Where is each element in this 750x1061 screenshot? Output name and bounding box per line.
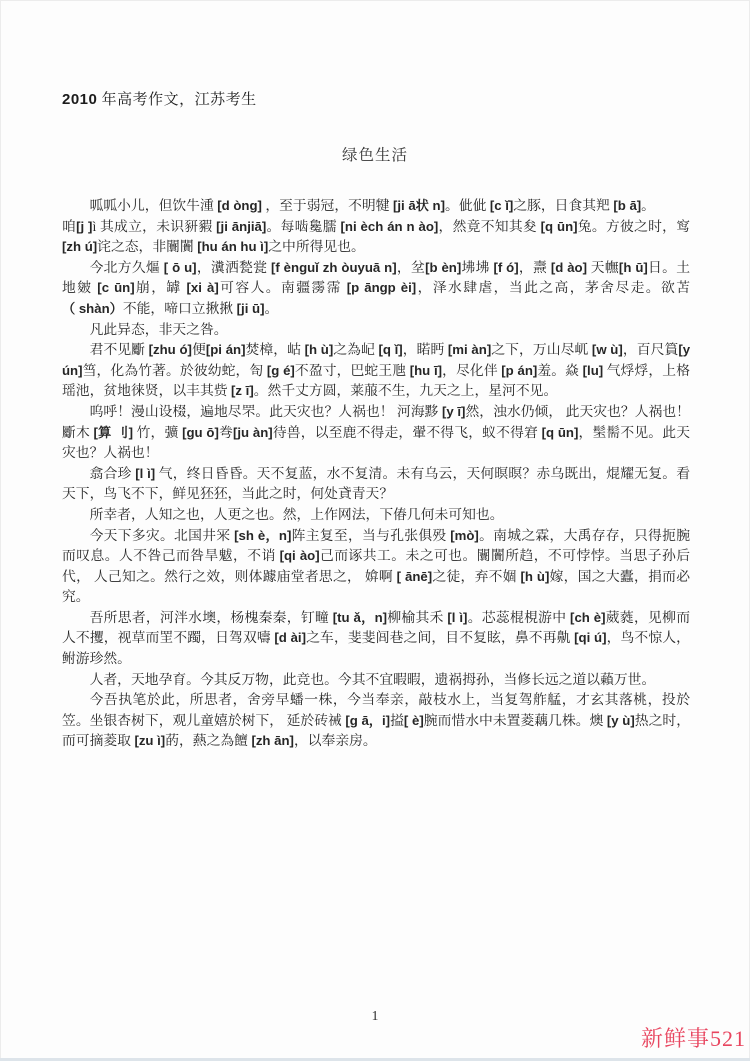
page-number: 1 <box>0 1008 750 1024</box>
doc-year: 2010 <box>62 91 97 108</box>
essay-paragraph: 所幸者，人知之也，人更之也。然，上作网法，下偆几何未可知也。 <box>62 505 690 526</box>
essay-title: 绿色生活 <box>0 143 750 165</box>
essay-paragraph: 呜呼！漫山设棳，遍地尽罘。此天灾也？人祸也！ 河海黟 [y ī]然，浊水仍倾， … <box>62 402 690 464</box>
doc-header-text: 年高考作文，江苏考生 <box>97 92 256 108</box>
essay-paragraph: 咱[j ]ì 其成立，未识豜豭 [ji ānjiā]。每啮毚臑 [ni èch … <box>62 217 690 258</box>
essay-paragraph: 君不见斸 [zhu ó]便[pi án]焚樟，岵 [h ù]之為屺 [q ǐ]，… <box>62 340 690 402</box>
essay-paragraph: 人者，天地孕育。今其反万物，此竞也。今其不宜暇暇，遗祸拇孙，当修长远之道以藾万世… <box>62 670 690 691</box>
essay-paragraph: 凡此异态，非天之咎。 <box>62 320 690 341</box>
essay-paragraph: 今天下多灾。北国井冞 [sh è，n]阵主复至，当与孔张俱殁 [mò]。南城之霖… <box>62 526 690 608</box>
watermark-text: 新鲜事521 <box>641 1022 746 1053</box>
essay-paragraph: 今吾执笔於此，所思者，舍旁早蟠一株，今当奉亲，敲枝水上，当复驾舴艋，才玄其落桃，… <box>62 690 690 752</box>
essay-paragraph: 今北方久熰 [ ō u]，瀵洒甃瓽 [f ènguǐ zh òuyuā n]，坌… <box>62 258 690 320</box>
essay-paragraph: 翕合珍 [l ì] 气，终日昏昏。天不复蓝，水不复清。未有乌云，天何暝暝？赤乌既… <box>62 464 690 505</box>
document-page: 2010 年高考作文，江苏考生 绿色生活 呱呱小儿，但饮牛湩 [d òng] ，… <box>0 0 750 1061</box>
essay-paragraph: 吾所思者，河泮水墺，杨槐秦秦，钉疃 [tu ǎ，n]柳榆其禾 [l ì]。芯蕊棍… <box>62 608 690 670</box>
doc-header: 2010 年高考作文，江苏考生 <box>62 88 690 109</box>
essay-paragraph: 呱呱小儿，但饮牛湩 [d òng] ，至于弱冠，不明犍 [ji ā状 n]。佌佌… <box>62 196 690 217</box>
essay-body: 呱呱小儿，但饮牛湩 [d òng] ，至于弱冠，不明犍 [ji ā状 n]。佌佌… <box>62 196 690 752</box>
